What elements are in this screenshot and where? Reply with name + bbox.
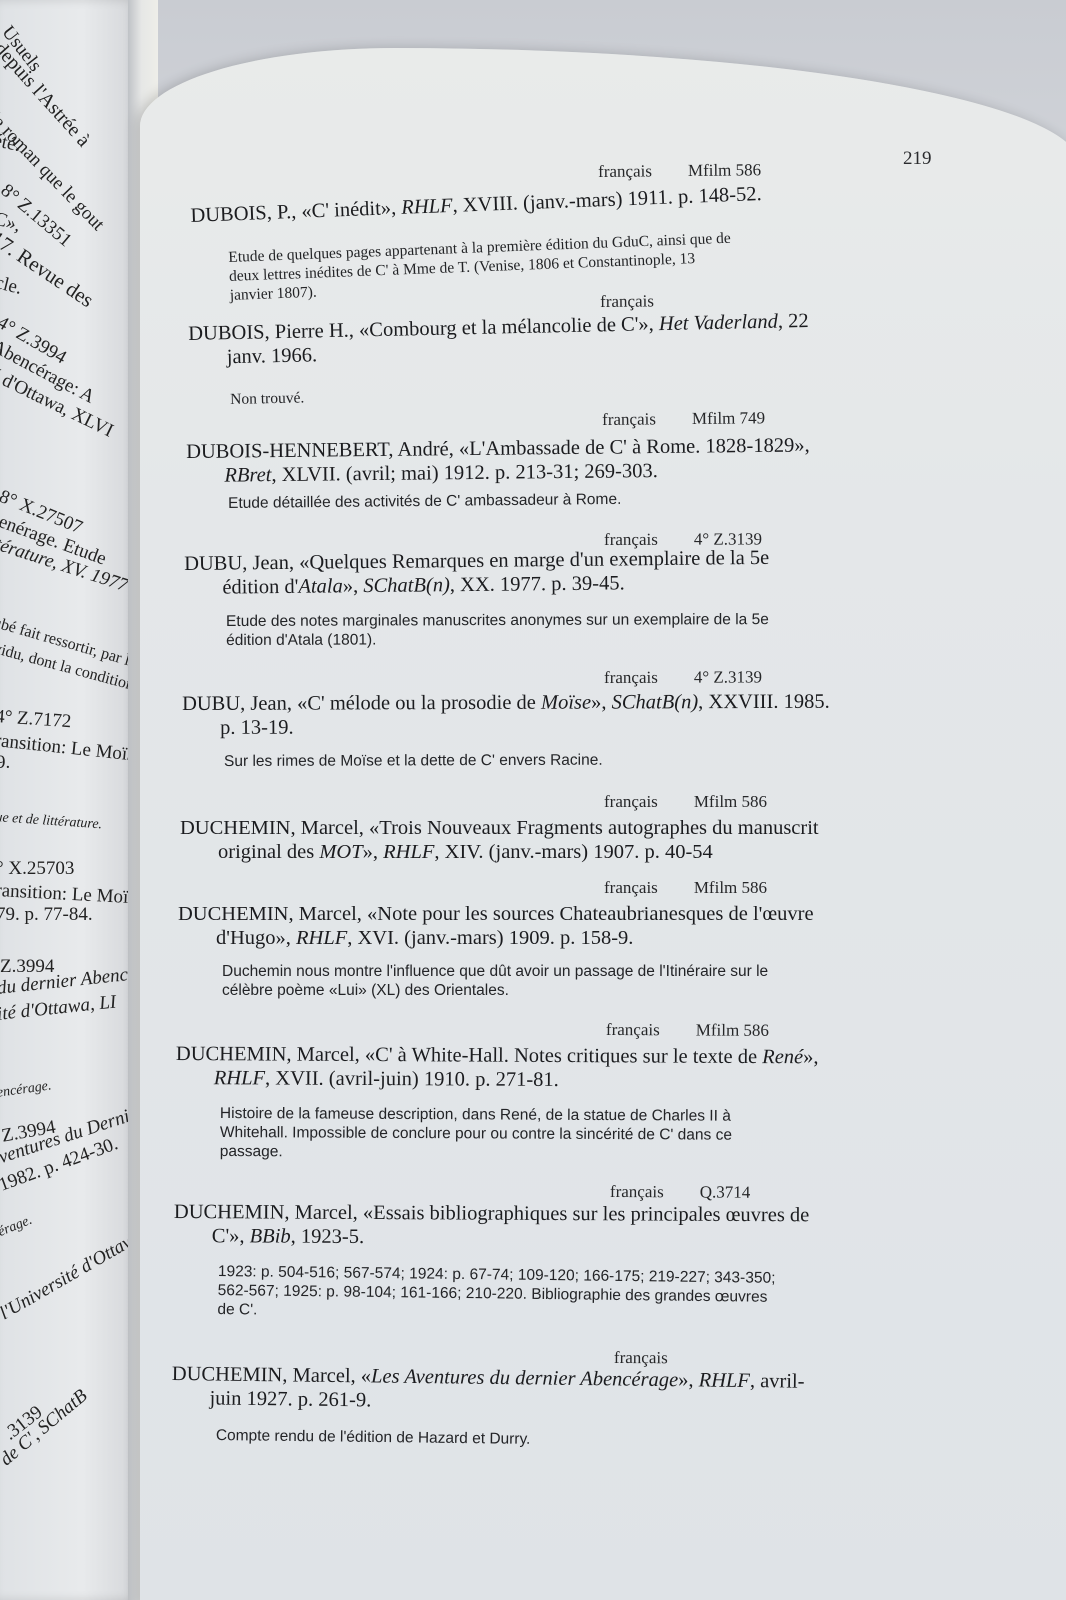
entry-language: français [600,291,654,312]
entry-journal: RBret [224,464,271,486]
entry-citation: DUCHEMIN, Marcel, «C' à White-Hall. Note… [176,1042,819,1093]
call-number: 4° Z.3139 [694,667,762,686]
entry-details: , 22 [778,310,809,333]
entry-language: françaisMfilm 586 [606,1020,769,1041]
entry-citation: DUCHEMIN, Marcel, «Trois Nouveaux Fragme… [180,816,819,864]
page-number: 219 [903,148,932,170]
entry-language: françaisMfilm 586 [604,792,767,812]
entry-citation: DUCHEMIN, Marcel, «Note pour les sources… [178,902,814,950]
call-number: Q.3714 [700,1182,751,1201]
entry-note: Etude des notes marginales manuscrites a… [226,610,769,650]
left-page-text: ° X.25703 [0,858,74,880]
left-page-text: 9. [0,752,10,774]
left-page-text: cle. [0,272,24,300]
entry-details: , XX. 1977. p. 39-45. [450,572,625,596]
entry-author: DUCHEMIN, Marcel, [174,1201,358,1224]
entry-note: Duchemin nous montre l'influence que dût… [222,962,768,1000]
entry-author: DUBOIS-HENNEBERT, André, [186,438,454,463]
entry-author: DUBU, Jean, [182,693,292,715]
entry-details: , 1923-5. [291,1226,365,1248]
left-page-text: l'Université d'Ottawa [0,1225,138,1325]
entry-journal: RHLF [383,841,434,863]
entry-details: , XXVIII. 1985. [698,691,830,713]
entry-journal: RHLF [699,1369,751,1392]
call-number: Mfilm 586 [694,878,767,897]
entry-details: , avril- [750,1370,805,1393]
entry-journal: RHLF [214,1067,265,1089]
left-page-text: ransition: Le Moïse [0,730,138,767]
entry-journal: BBib [250,1225,291,1247]
call-number: Mfilm 586 [696,1020,769,1039]
entry-note: 1923: p. 504-516; 567-574; 1924: p. 67-7… [217,1262,775,1326]
entry-details: , XIV. (janv.-mars) 1907. p. 40-54 [434,841,712,863]
entry-citation: DUCHEMIN, Marcel, «Les Aventures du dern… [171,1362,804,1418]
entry-note: Compte rendu de l'édition de Hazard et D… [216,1426,531,1449]
entry-title: «Quelques Remarques en marge d'un exempl… [299,547,769,574]
entry-journal: RHLF [296,927,347,949]
entry-note: Sur les rimes de Moïse et la dette de C'… [224,751,603,771]
left-facing-page: Usuels depuis l'Astrée à le roman que le… [0,0,138,1600]
entry-author: DUBOIS, P., [190,201,297,227]
call-number: Mfilm 586 [688,160,761,180]
entry-language: françaisMfilm 586 [604,878,767,898]
entry-language: françaisQ.3714 [610,1182,750,1203]
left-page-text: 79. p. 77-84. [0,904,93,926]
left-page-text: encérage. [0,1078,53,1101]
entry-citation: DUBOIS-HENNEBERT, André, «L'Ambassade de… [186,433,810,488]
entry-citation: DUBU, Jean, «C' mélode ou la prosodie de… [182,690,830,740]
entry-author: DUBU, Jean, [184,552,294,575]
entry-language: français4° Z.3139 [604,667,762,688]
entry-citation: DUBU, Jean, «Quelques Remarques en marge… [184,546,770,600]
entry-details: , XVII. (avril-juin) 1910. p. 271-81. [265,1067,559,1091]
entry-details: , XVI. (janv.-mars) 1909. p. 158-9. [347,927,633,949]
entry-author: DUCHEMIN, Marcel, [178,903,362,925]
call-number: Mfilm 586 [694,792,767,811]
entry-title: «C' inédit», [301,197,397,223]
call-number: Mfilm 749 [692,408,765,428]
entry-journal: RHLF [401,195,453,219]
entry-title: «Note pour les sources Chateaubrianesque… [367,903,814,925]
entry-journal: Het Vaderland [659,311,778,335]
entry-language: françaisMfilm 749 [602,408,765,430]
entry-title: «Trois Nouveaux Fragments autographes du… [369,817,819,839]
entry-citation: DUCHEMIN, Marcel, «Essais bibliographiqu… [174,1200,810,1251]
entry-note: Histoire de la fameuse description, dans… [220,1104,732,1164]
entry-author: DUCHEMIN, Marcel, [180,817,364,839]
left-page-text: érage. [0,1213,35,1241]
entry-title: «Essais bibliographiques sur les princip… [363,1202,809,1226]
left-page-text: ue et de littérature. [0,810,103,833]
entry-author: DUCHEMIN, Marcel, [172,1363,356,1387]
entry-author: DUBOIS, Pierre H., [188,320,354,345]
entry-language: français [614,1348,668,1368]
entry-language: françaisMfilm 586 [598,160,761,182]
entry-title: «L'Ambassade de C' à Rome. 1828-1829», [459,434,810,460]
left-page-text: 4° Z.7172 [0,706,72,733]
entry-details: , XLVII. (avril; mai) 1912. p. 213-31; 2… [271,460,658,486]
entry-author: DUCHEMIN, Marcel, [176,1043,360,1066]
entry-journal: SChatB(n) [612,691,699,713]
entry-journal: SChatB(n) [363,574,450,597]
entry-note: Non trouvé. [230,388,304,409]
